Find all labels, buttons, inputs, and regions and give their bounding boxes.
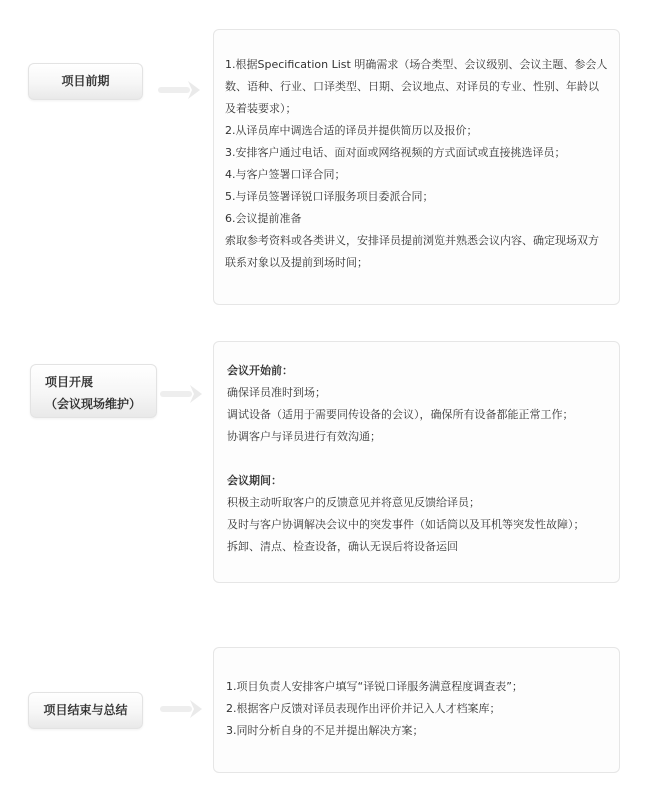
content-line: 6.会议提前准备: [225, 208, 609, 230]
stage-badge-project-closure: 项目结束与总结: [28, 692, 143, 729]
right-arrow-icon: [160, 384, 204, 404]
stage-subtitle: （会议现场维护）: [45, 393, 156, 415]
content-line: 协调客户与译员进行有效沟通；: [227, 426, 613, 448]
section-heading: 会议期间：: [227, 470, 613, 492]
spacer: [227, 448, 613, 470]
stage-content-project-closure: 1.项目负责人安排客户填写“译锐口译服务满意程度调查表”； 2.根据客户反馈对译…: [213, 647, 620, 773]
stage-content-project-execution: 会议开始前： 确保译员准时到场； 调试设备（适用于需要同传设备的会议），确保所有…: [213, 341, 620, 583]
content-line: 调试设备（适用于需要同传设备的会议），确保所有设备都能正常工作；: [227, 404, 613, 426]
content-line: 1.根据Specification List 明确需求（场合类型、会议级别、会议…: [225, 54, 609, 120]
content-line: 2.根据客户反馈对译员表现作出评价并记入人才档案库；: [226, 698, 611, 720]
content-line: 3.安排客户通过电话、面对面或网络视频的方式面试或直接挑选译员；: [225, 142, 609, 164]
right-arrow-icon: [160, 699, 204, 719]
content-line: 5.与译员签署译锐口译服务项目委派合同；: [225, 186, 609, 208]
content-line: 4.与客户签署口译合同；: [225, 164, 609, 186]
content-line: 3.同时分析自身的不足并提出解决方案；: [226, 720, 611, 742]
content-line: 确保译员准时到场；: [227, 382, 613, 404]
stage-badge-pre-project: 项目前期: [28, 63, 143, 100]
content-line: 索取参考资料或各类讲义，安排译员提前浏览并熟悉会议内容、确定现场双方联系对象以及…: [225, 230, 609, 274]
section-heading: 会议开始前：: [227, 360, 613, 382]
stage-title: 项目结束与总结: [29, 693, 142, 728]
content-line: 2.从译员库中调选合适的译员并提供简历以及报价；: [225, 120, 609, 142]
stage-title: 项目开展: [45, 371, 156, 393]
content-line: 1.项目负责人安排客户填写“译锐口译服务满意程度调查表”；: [226, 676, 611, 698]
stage-content-pre-project: 1.根据Specification List 明确需求（场合类型、会议级别、会议…: [213, 29, 620, 305]
stage-title: 项目前期: [29, 64, 142, 99]
right-arrow-icon: [158, 80, 202, 100]
content-line: 拆卸、清点、检查设备，确认无误后将设备运回: [227, 536, 613, 558]
content-line: 及时与客户协调解决会议中的突发事件（如话筒以及耳机等突发性故障）；: [227, 514, 613, 536]
content-line: 积极主动听取客户的反馈意见并将意见反馈给译员；: [227, 492, 613, 514]
stage-badge-project-execution: 项目开展 （会议现场维护）: [30, 364, 157, 418]
